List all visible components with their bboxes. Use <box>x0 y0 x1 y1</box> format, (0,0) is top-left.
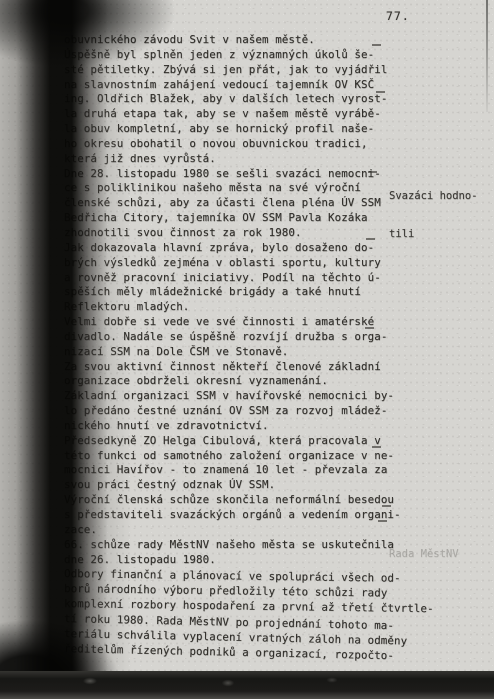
scanned-document-page: 77. obuvnického závodu Svit v našem měst… <box>0 0 494 699</box>
text-line: na slavnostním zahájení vedoucí tajemník… <box>64 78 464 93</box>
text-line: nického hnutí ve zdravotnictví. <box>64 419 464 434</box>
text-line: Velmi dobře si vede ve své činnosti i am… <box>64 315 464 330</box>
text-line: Předsedkyně ZO Helga Cibulová, která pra… <box>64 434 464 449</box>
text-line: Za svou aktivní činnost někteří členové … <box>64 360 464 375</box>
scan-bottom-band <box>0 671 494 699</box>
stray-mark <box>365 327 374 329</box>
text-line: této funkci od samotného založení organi… <box>64 449 464 464</box>
text-line: sté pětiletky. Zbývá si jen přát, jak to… <box>64 63 464 78</box>
text-line: lo předáno čestné uznání OV SSM za rozvo… <box>64 404 464 419</box>
text-line: obuvnického závodu Svit v našem městě. <box>64 33 464 48</box>
text-line: divadlo. Nadále se úspěšně rozvíjí družb… <box>64 330 464 345</box>
margin-note-line: Svazáci hodno- <box>389 190 478 203</box>
stray-mark <box>376 91 385 93</box>
text-line: la obuv kompletní, aby se hornický profi… <box>64 122 464 137</box>
text-line: nizací SSM na Dole ČSM ve Stonavě. <box>64 345 464 360</box>
text-line: organizace obdrželi okresní vyznamenání. <box>64 374 464 389</box>
text-line: Výroční členská schůze skončila neformál… <box>64 493 464 508</box>
text-line: Reflektoru mladých. <box>64 300 464 315</box>
stray-mark <box>372 44 381 46</box>
page-number: 77. <box>386 9 410 23</box>
text-line: Úspěšně byl splněn jeden z významných úk… <box>64 48 464 63</box>
text-line: ing. Oldřich Blažek, aby v dalších letec… <box>64 92 464 107</box>
page-edge-line <box>486 0 488 112</box>
text-line: la druhá etapa tak, aby se v našem městě… <box>64 107 464 122</box>
margin-note-rada-mestnv: Rada MěstNV <box>389 548 459 561</box>
text-line: ho okresu obohatil o novou obuvnickou tr… <box>64 137 464 152</box>
margin-note-line: tili <box>389 228 478 241</box>
text-line: zace. <box>64 523 464 538</box>
stray-mark <box>366 238 375 240</box>
stray-mark <box>378 520 387 522</box>
body-text: obuvnického závodu Svit v našem městě. Ú… <box>64 33 464 656</box>
text-line: spěších měly mládežnické brigády a také … <box>64 285 464 300</box>
text-line: svou práci čestný odznak ÚV SSM. <box>64 478 464 493</box>
stray-mark <box>368 171 377 173</box>
margin-note-svazaci: Svazáci hodno- tili <box>389 165 478 265</box>
text-line: Základní organizaci SSM v havířovské nem… <box>64 389 464 404</box>
text-line: a rovněž pracovní iniciativy. Podíl na t… <box>64 271 464 286</box>
stray-mark <box>382 505 391 507</box>
stray-mark <box>372 446 381 448</box>
text-line: mocnici Havířov - to znamená 10 let - př… <box>64 463 464 478</box>
text-line: s představiteli svazáckých orgánů a vede… <box>64 508 464 523</box>
